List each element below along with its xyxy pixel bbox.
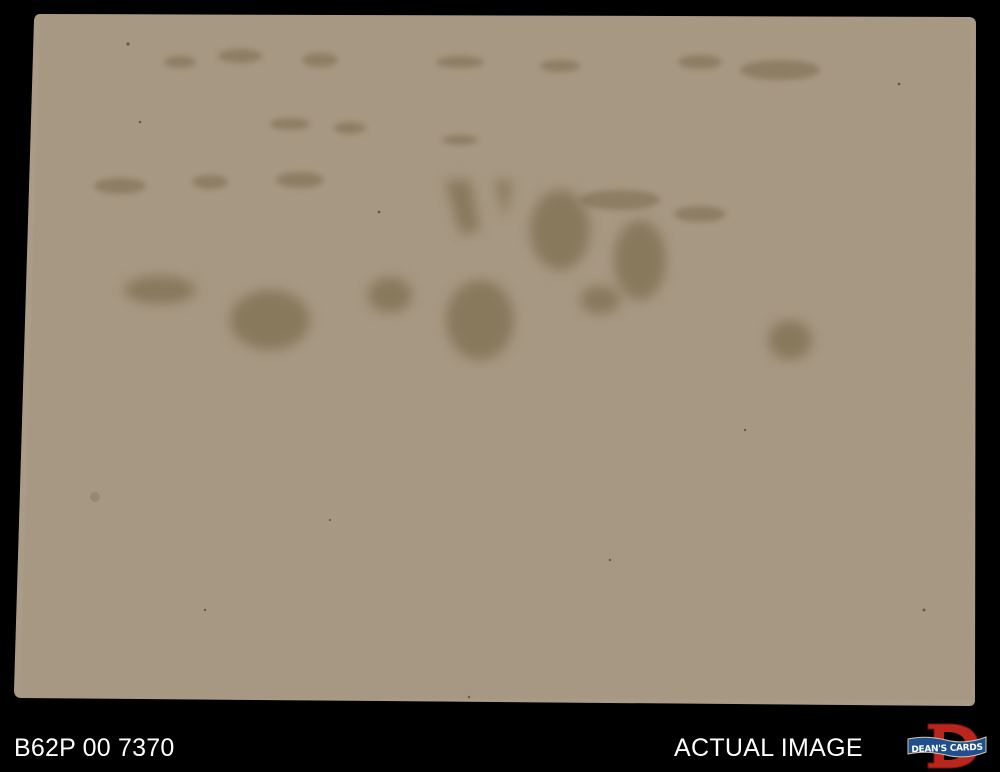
image-viewer: B62P 00 7370 ACTUAL IMAGE DEAN'S CARDS xyxy=(0,0,1000,772)
item-code-label: B62P 00 7370 xyxy=(14,733,174,763)
actual-image-label: ACTUAL IMAGE xyxy=(674,733,863,763)
card-back-image xyxy=(0,0,1000,720)
deans-cards-logo: DEAN'S CARDS xyxy=(906,722,988,770)
